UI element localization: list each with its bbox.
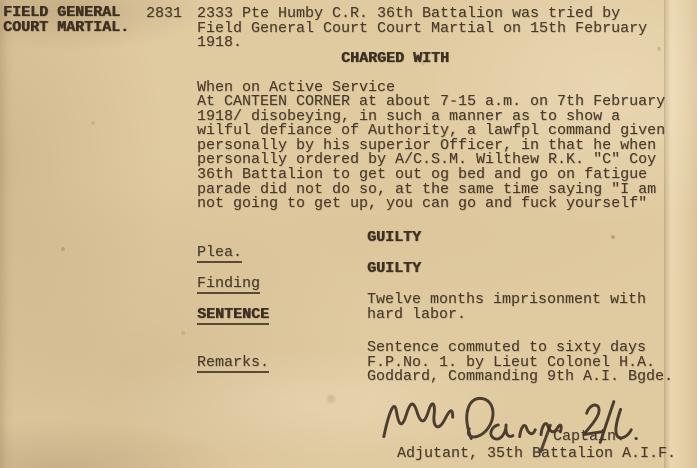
court-martial-record-page: FIELD GENERAL COURT MARTIAL. 2831 2333 P…	[0, 0, 697, 468]
paper-speckles	[0, 0, 2, 2]
remarks-value: Sentence commuted to sixty days F.P.No. …	[367, 341, 677, 385]
finding-label: Finding	[197, 277, 260, 295]
charged-with-heading: CHARGED WITH	[341, 52, 449, 67]
remarks-row: Remarks.	[197, 341, 269, 373]
remarks-label: Remarks.	[197, 356, 269, 374]
sentence-row: SENTENCE	[197, 293, 269, 325]
signatory-rank: Captain.	[553, 430, 625, 445]
sentence-label: SENTENCE	[197, 308, 269, 326]
signatory-role: Adjutant, 35th Battalion A.I.F.	[397, 447, 676, 462]
plea-label: Plea.	[197, 246, 242, 264]
finding-value: GUILTY	[367, 262, 421, 277]
margin-title: FIELD GENERAL COURT MARTIAL.	[3, 6, 129, 35]
case-number: 2831	[146, 7, 182, 22]
plea-value: GUILTY	[367, 231, 421, 246]
charge-text: At CANTEEN CORNER at about 7-15 a.m. on …	[197, 95, 685, 212]
trial-intro: 2333 Pte Humby C.R. 36th Battalion was t…	[197, 7, 677, 51]
page-edge-crease	[664, 0, 697, 468]
sentence-value: Twelve months imprisonment with hard lab…	[367, 293, 677, 322]
finding-row: Finding	[197, 262, 260, 294]
plea-row: Plea.	[197, 231, 242, 263]
